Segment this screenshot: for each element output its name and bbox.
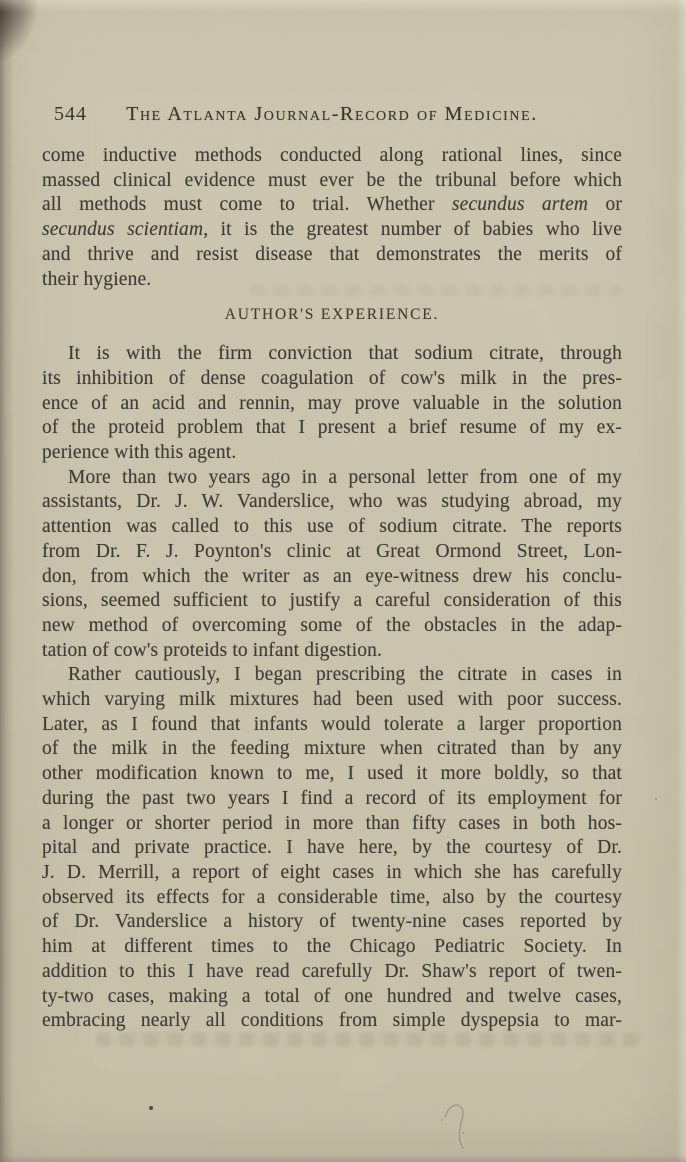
page-edge-highlight <box>676 0 686 1162</box>
text-line: embracing nearly all conditions from sim… <box>42 1009 622 1034</box>
text-line: sions, seemed sufficient to justify a ca… <box>42 589 622 614</box>
page-body: come inductive methods conducted along r… <box>42 144 622 1034</box>
paper-speck <box>655 798 657 800</box>
page-number: 544 <box>54 103 87 126</box>
text-line: secundus scientiam, it is the greatest n… <box>42 218 622 243</box>
text-line: Rather cautiously, I began prescribing t… <box>42 663 622 688</box>
ink-spot <box>149 1106 153 1110</box>
text-line: J. D. Merrill, a report of eight cases i… <box>42 861 622 886</box>
page-header: 544 The Atlanta Journal-Record of Medici… <box>42 103 622 129</box>
text-line: and thrive and resist disease that demon… <box>42 243 622 268</box>
text-line: perience with this agent. <box>42 441 622 466</box>
text-line: ty-two cases, making a total of one hund… <box>42 985 622 1010</box>
text-line: observed its effects for a considerable … <box>42 886 622 911</box>
section-heading: AUTHOR'S EXPERIENCE. <box>42 306 622 324</box>
scanned-book-page: 544 The Atlanta Journal-Record of Medici… <box>0 0 686 1162</box>
text-line: a longer or shorter period in more than … <box>42 812 622 837</box>
text-line: of the proteid problem that I present a … <box>42 416 622 441</box>
paragraph: More than two years ago in a personal le… <box>42 466 622 664</box>
bottom-edge-shadow <box>0 1155 686 1162</box>
text-line: new method of overcoming some of the obs… <box>42 614 622 639</box>
paragraph: come inductive methods conducted along r… <box>42 144 622 292</box>
latin-phrase: secundus scientiam <box>42 219 203 240</box>
pencil-mark <box>438 1098 480 1154</box>
text-segment: , it is the greatest number of babies wh… <box>203 219 622 240</box>
text-line: More than two years ago in a personal le… <box>42 466 622 491</box>
text-segment: all methods must come to trial. Whether <box>42 194 452 215</box>
top-edge-highlight <box>0 0 686 12</box>
paragraph: Rather cautiously, I began prescribing t… <box>42 663 622 1034</box>
text-line: of the milk in the feeding mixture when … <box>42 737 622 762</box>
text-line: attention was called to this use of sodi… <box>42 515 622 540</box>
text-line: ence of an acid and rennin, may prove va… <box>42 392 622 417</box>
text-line: during the past two years I find a recor… <box>42 787 622 812</box>
text-line: addition to this I have read carefully D… <box>42 960 622 985</box>
text-line: assistants, Dr. J. W. Vanderslice, who w… <box>42 490 622 515</box>
text-line: which varying milk mixtures had been use… <box>42 688 622 713</box>
text-line: its inhibition of dense coagulation of c… <box>42 367 622 392</box>
text-line: him at different times to the Chicago Pe… <box>42 935 622 960</box>
latin-phrase: secundus artem <box>452 194 588 215</box>
text-line: tation of cow's proteids to infant diges… <box>42 639 622 664</box>
text-line: Later, as I found that infants would tol… <box>42 713 622 738</box>
text-line: don, from which the writer as an eye-wit… <box>42 565 622 590</box>
text-line: It is with the firm conviction that sodi… <box>42 342 622 367</box>
text-line: pital and private practice. I have here,… <box>42 836 622 861</box>
show-through-text <box>96 1033 641 1046</box>
text-line: other modification known to me, I used i… <box>42 762 622 787</box>
text-line: from Dr. F. J. Poynton's clinic at Great… <box>42 540 622 565</box>
paragraph: It is with the firm conviction that sodi… <box>42 342 622 466</box>
binding-shadow <box>0 0 14 1162</box>
text-line: all methods must come to trial. Whether … <box>42 193 622 218</box>
text-line: of Dr. Vanderslice a history of twenty-n… <box>42 910 622 935</box>
text-line: their hygiene. <box>42 268 622 293</box>
text-segment: or <box>588 194 622 215</box>
text-line: massed clinical evidence must ever be th… <box>42 169 622 194</box>
text-line: come inductive methods conducted along r… <box>42 144 622 169</box>
journal-title: The Atlanta Journal-Record of Medicine. <box>42 103 622 126</box>
